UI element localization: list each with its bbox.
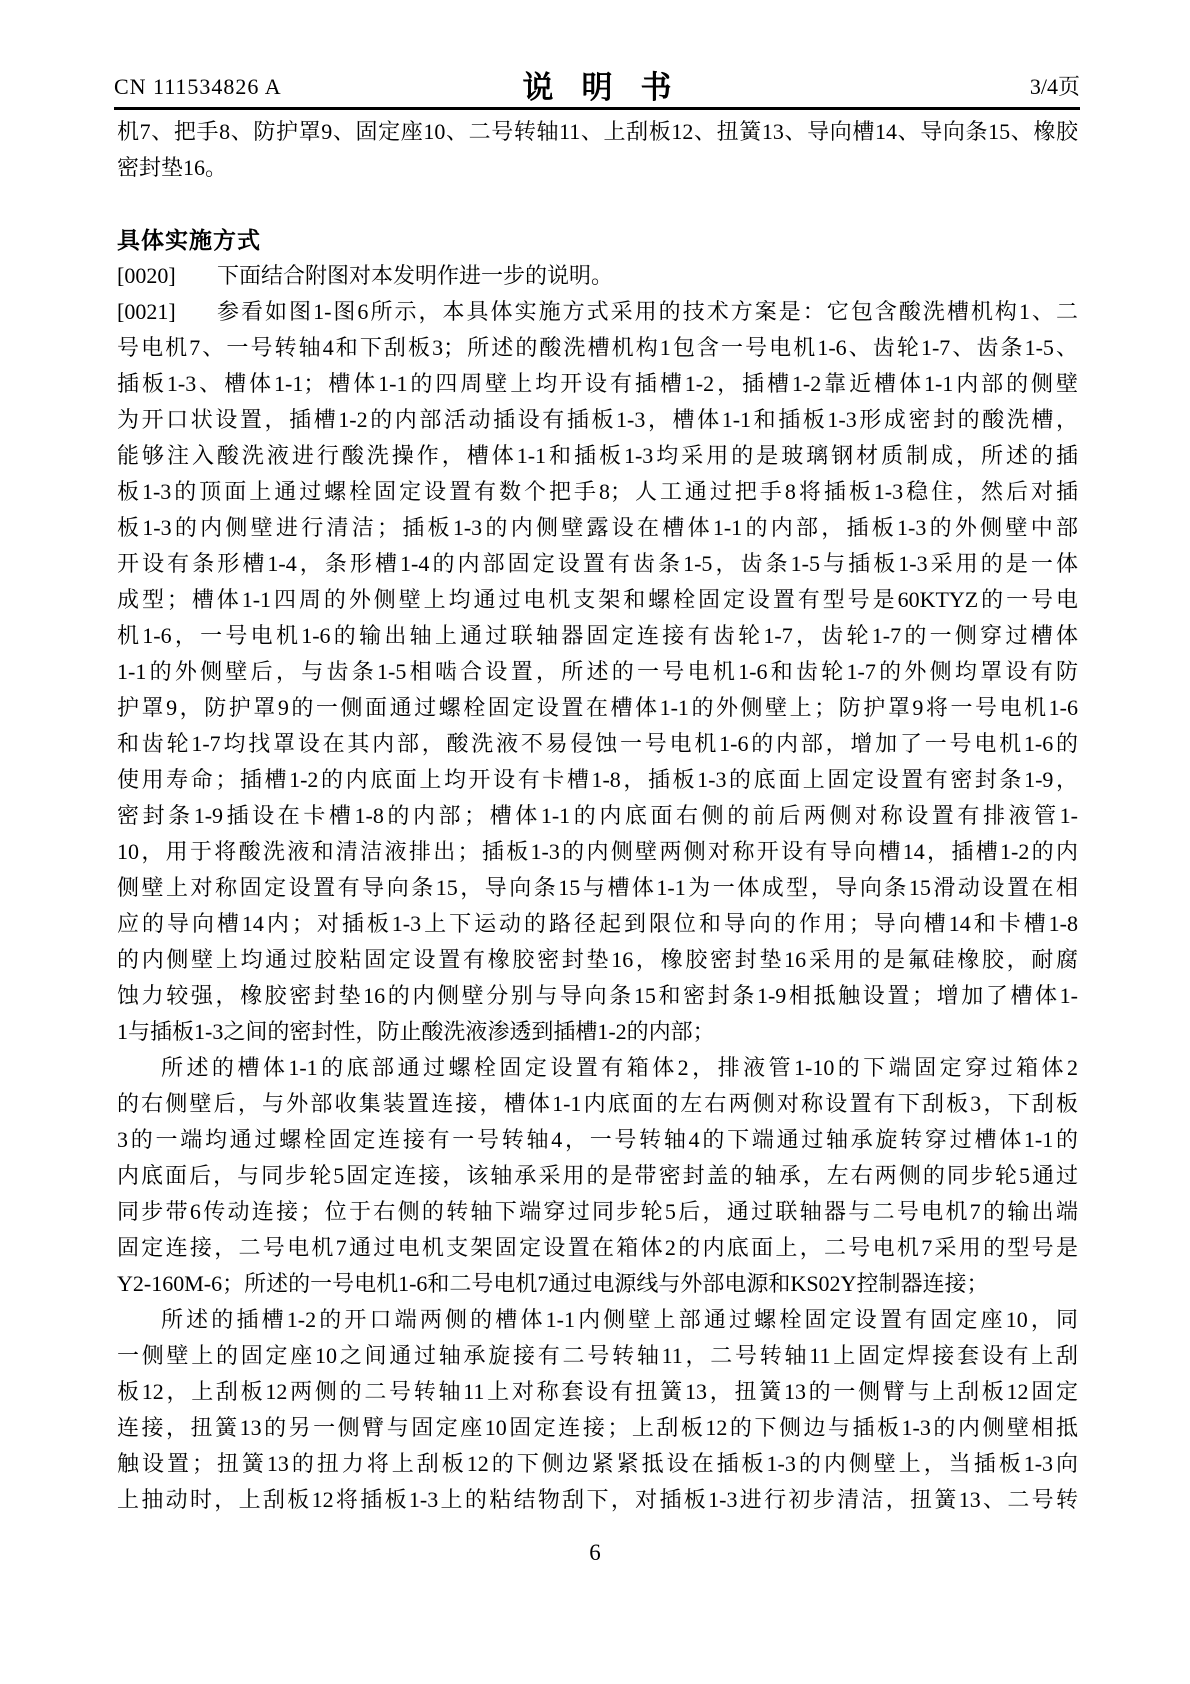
paragraph-line: 能够注入酸洗液进行酸洗操作，槽体1-1和插板1-3均采用的是玻璃钢材质制成，所述… [117,438,1078,474]
paragraph-line: 所述的槽体1-1的底部通过螺栓固定设置有箱体2，排液管1-10的下端固定穿过箱体… [117,1050,1078,1086]
paragraph: 所述的槽体1-1的底部通过螺栓固定设置有箱体2，排液管1-10的下端固定穿过箱体… [117,1050,1078,1302]
paragraph-line: 的内侧壁上均通过胶粘固定设置有橡胶密封垫16，橡胶密封垫16采用的是氟硅橡胶，耐… [117,942,1078,978]
footer-page-number: 6 [0,1540,1190,1566]
paragraph-line: Y2-160M-6；所述的一号电机1-6和二号电机7通过电源线与外部电源和KS0… [117,1266,1078,1302]
paragraph-line: 参看如图1-图6所示，本具体实施方式采用的技术方案是：它包含酸洗槽机构1、二 [217,294,1078,330]
paragraph-line: 板1-3的顶面上通过螺栓固定设置有数个把手8；人工通过把手8将插板1-3稳住，然… [117,474,1078,510]
paragraph-line: 蚀力较强，橡胶密封垫16的内侧壁分别与导向条15和密封条1-9相抵触设置；增加了… [117,978,1078,1014]
paragraph: [0021]参看如图1-图6所示，本具体实施方式采用的技术方案是：它包含酸洗槽机… [117,294,1078,1050]
section-heading: 具体实施方式 [117,222,1078,258]
paragraph-line: 护罩9，防护罩9的一侧面通过螺栓固定设置在槽体1-1的外侧壁上；防护罩9将一号电… [117,690,1078,726]
paragraph-line: 的右侧壁后，与外部收集装置连接，槽体1-1内底面的左右两侧对称设置有下刮板3，下… [117,1086,1078,1122]
paragraph-line: 密封垫16。 [117,150,1078,186]
paragraph: 机7、把手8、防护罩9、固定座10、二号转轴11、上刮板12、扭簧13、导向槽1… [117,114,1078,186]
paragraph-line: 1与插板1-3之间的密封性，防止酸洗液渗透到插槽1-2的内部； [117,1014,1078,1050]
paragraph-line: 固定连接，二号电机7通过电机支架固定设置在箱体2的内底面上，二号电机7采用的型号… [117,1230,1078,1266]
paragraph-number: [0021] [117,294,217,330]
patent-specification-page: CN 111534826 A 3/4页 说明书 机7、把手8、防护罩9、固定座1… [0,0,1190,1684]
paragraph-line: 密封条1-9插设在卡槽1-8的内部；槽体1-1的内底面右侧的前后两侧对称设置有排… [117,798,1078,834]
document-title: 说明书 [495,62,700,107]
page-header: CN 111534826 A 3/4页 说明书 [114,0,1080,110]
paragraph-line: 1-1的外侧壁后，与齿条1-5相啮合设置，所述的一号电机1-6和齿轮1-7的外侧… [117,654,1078,690]
paragraph: [0020]下面结合附图对本发明作进一步的说明。 [117,258,1078,294]
paragraph-line: 应的导向槽14内；对插板1-3上下运动的路径起到限位和导向的作用；导向槽14和卡… [117,906,1078,942]
paragraph-line: 10，用于将酸洗液和清洁液排出；插板1-3的内侧壁两侧对称开设有导向槽14，插槽… [117,834,1078,870]
paragraphs-container: [0020]下面结合附图对本发明作进一步的说明。[0021]参看如图1-图6所示… [117,258,1078,1518]
paragraph-line: 内底面后，与同步轮5固定连接，该轴承采用的是带密封盖的轴承，左右两侧的同步轮5通… [117,1158,1078,1194]
paragraph-number: [0020] [117,258,217,294]
paragraph-line: 机7、把手8、防护罩9、固定座10、二号转轴11、上刮板12、扭簧13、导向槽1… [117,114,1078,150]
paragraph-line: 机1-6，一号电机1-6的输出轴上通过联轴器固定连接有齿轮1-7，齿轮1-7的一… [117,618,1078,654]
paragraph-line: 插板1-3、槽体1-1；槽体1-1的四周壁上均开设有插槽1-2，插槽1-2靠近槽… [117,366,1078,402]
page-indicator: 3/4页 [1030,70,1080,101]
paragraph-line: 同步带6传动连接；位于右侧的转轴下端穿过同步轮5后，通过联轴器与二号电机7的输出… [117,1194,1078,1230]
body-text: 机7、把手8、防护罩9、固定座10、二号转轴11、上刮板12、扭簧13、导向槽1… [117,114,1078,1518]
paragraph-line: 一侧壁上的固定座10之间通过轴承旋接有二号转轴11，二号转轴11上固定焊接套设有… [117,1338,1078,1374]
paragraph-line: 开设有条形槽1-4，条形槽1-4的内部固定设置有齿条1-5，齿条1-5与插板1-… [117,546,1078,582]
paragraph-line: 连接，扭簧13的另一侧臂与固定座10固定连接；上刮板12的下侧边与插板1-3的内… [117,1410,1078,1446]
paragraph-line: 侧壁上对称固定设置有导向条15，导向条15与槽体1-1为一体成型，导向条15滑动… [117,870,1078,906]
paragraph-line: 成型；槽体1-1四周的外侧壁上均通过电机支架和螺栓固定设置有型号是60KTYZ的… [117,582,1078,618]
paragraph-line: 和齿轮1-7均找罩设在其内部，酸洗液不易侵蚀一号电机1-6的内部，增加了一号电机… [117,726,1078,762]
paragraph-line: 3的一端均通过螺栓固定连接有一号转轴4，一号转轴4的下端通过轴承旋转穿过槽体1-… [117,1122,1078,1158]
paragraph: 所述的插槽1-2的开口端两侧的槽体1-1内侧壁上部通过螺栓固定设置有固定座10，… [117,1302,1078,1518]
continued-paragraph: 机7、把手8、防护罩9、固定座10、二号转轴11、上刮板12、扭簧13、导向槽1… [117,114,1078,186]
paragraph-line: 下面结合附图对本发明作进一步的说明。 [217,258,1078,294]
paragraph-line: 触设置；扭簧13的扭力将上刮板12的下侧边紧紧抵设在插板1-3的内侧壁上，当插板… [117,1446,1078,1482]
patent-number: CN 111534826 A [114,74,282,100]
paragraph-line: 板12，上刮板12两侧的二号转轴11上对称套设有扭簧13，扭簧13的一侧臂与上刮… [117,1374,1078,1410]
paragraph-line: 为开口状设置，插槽1-2的内部活动插设有插板1-3，槽体1-1和插板1-3形成密… [117,402,1078,438]
paragraph-line: 所述的插槽1-2的开口端两侧的槽体1-1内侧壁上部通过螺栓固定设置有固定座10，… [117,1302,1078,1338]
paragraph-line: 板1-3的内侧壁进行清洁；插板1-3的内侧壁露设在槽体1-1的内部，插板1-3的… [117,510,1078,546]
paragraph-line: 号电机7、一号转轴4和下刮板3；所述的酸洗槽机构1包含一号电机1-6、齿轮1-7… [117,330,1078,366]
paragraph-line: 上抽动时，上刮板12将插板1-3上的粘结物刮下，对插板1-3进行初步清洁，扭簧1… [117,1482,1078,1518]
paragraph-line: 使用寿命；插槽1-2的内底面上均开设有卡槽1-8，插板1-3的底面上固定设置有密… [117,762,1078,798]
